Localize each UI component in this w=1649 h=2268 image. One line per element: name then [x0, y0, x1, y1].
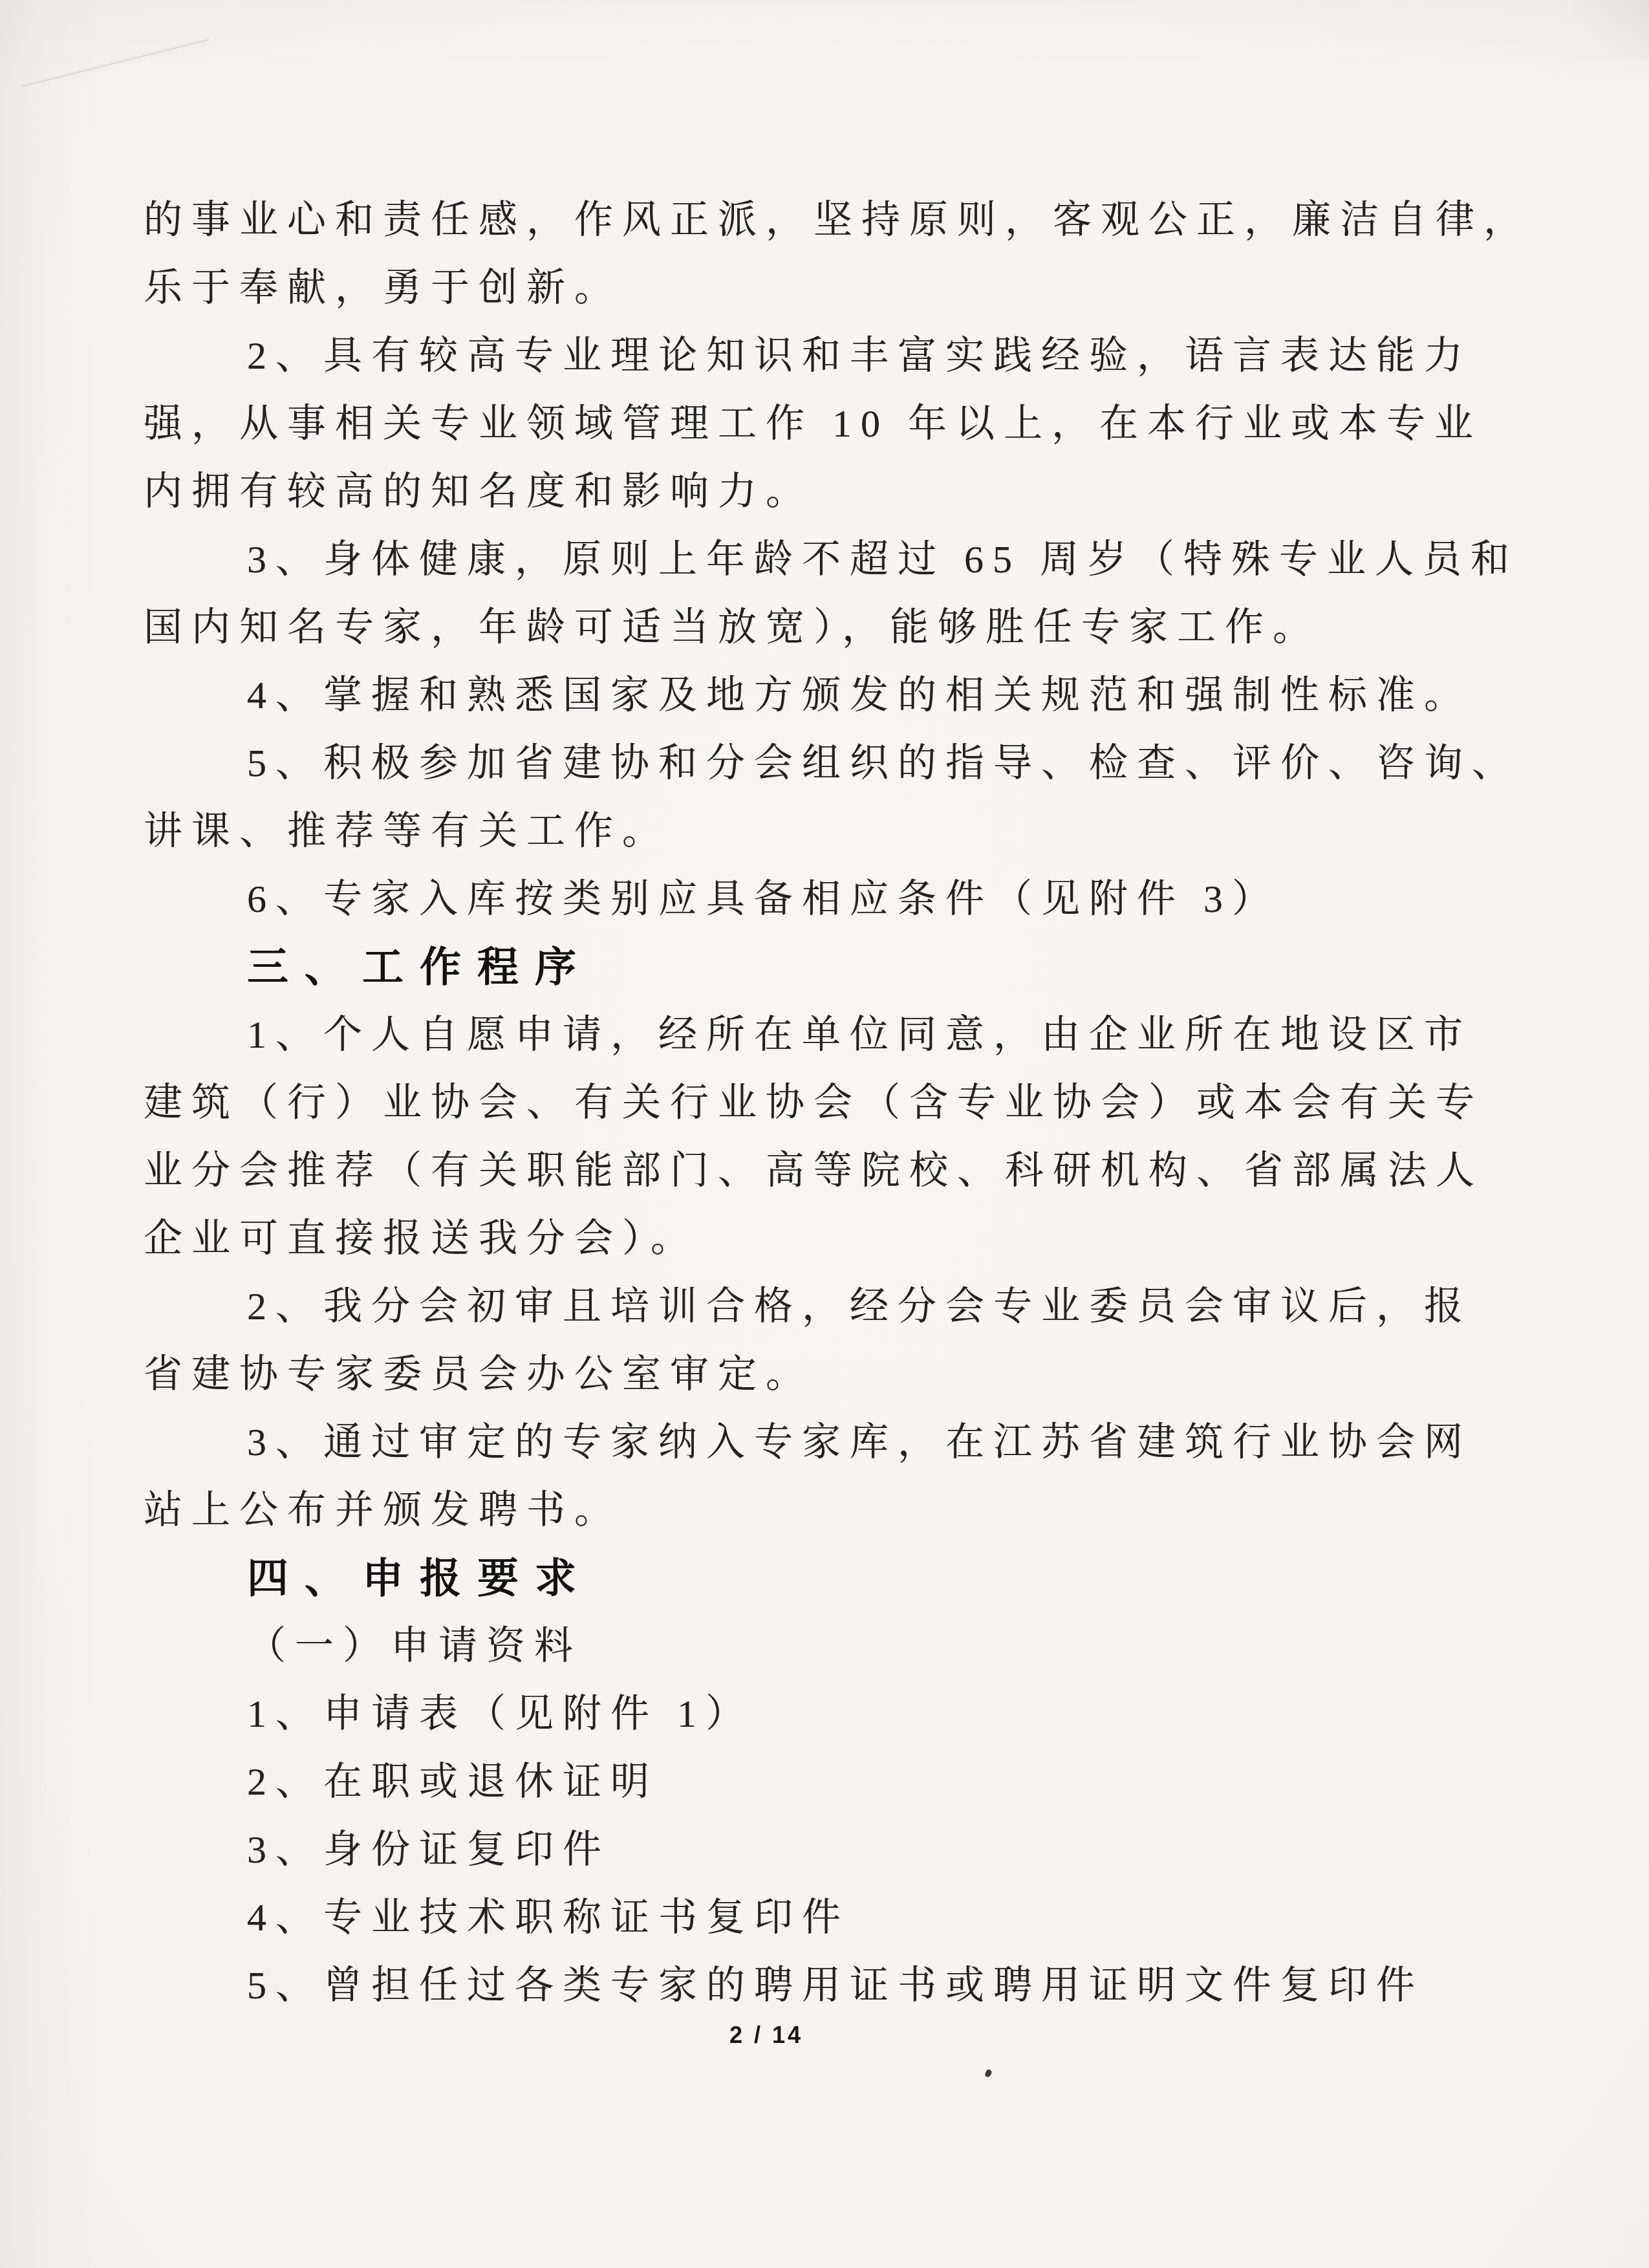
scan-scratch-artifact	[21, 39, 210, 87]
text-line: 省建协专家委员会办公室审定。	[144, 1341, 1514, 1409]
text-line: 5、曾担任过各类专家的聘用证书或聘用证明文件复印件	[144, 1952, 1514, 2020]
text-line: 3、通过审定的专家纳入专家库，在江苏省建筑行业协会网	[144, 1409, 1514, 1476]
text-line: 1、申请表（见附件 1）	[144, 1680, 1514, 1748]
page-number: 2 / 14	[0, 2019, 1533, 2051]
text-line: 4、掌握和熟悉国家及地方颁发的相关规范和强制性标准。	[144, 662, 1514, 729]
text-line: 业分会推荐（有关职能部门、高等院校、科研机构、省部属法人	[144, 1137, 1514, 1205]
text-line: 内拥有较高的知名度和影响力。	[144, 458, 1514, 526]
text-line: 5、积极参加省建协和分会组织的指导、检查、评价、咨询、	[144, 729, 1514, 797]
document-page: 的事业心和责任感，作风正派，坚持原则，客观公正，廉洁自律， 乐于奉献，勇于创新。…	[0, 0, 1649, 2268]
scan-speck-artifact	[984, 2069, 992, 2078]
section-heading: 三、工作程序	[144, 933, 1514, 1001]
text-line: 国内知名专家，年龄可适当放宽），能够胜任专家工作。	[144, 594, 1514, 662]
section-heading: 四、申报要求	[144, 1544, 1514, 1612]
text-line: 1、个人自愿申请，经所在单位同意，由企业所在地设区市	[144, 1001, 1514, 1069]
text-line: 2、在职或退休证明	[144, 1748, 1514, 1816]
document-body: 的事业心和责任感，作风正派，坚持原则，客观公正，廉洁自律， 乐于奉献，勇于创新。…	[144, 186, 1514, 2020]
text-line: 站上公布并颁发聘书。	[144, 1476, 1514, 1544]
text-line: 讲课、推荐等有关工作。	[144, 797, 1514, 865]
text-line: 的事业心和责任感，作风正派，坚持原则，客观公正，廉洁自律，	[144, 186, 1514, 254]
text-line: 2、我分会初审且培训合格，经分会专业委员会审议后，报	[144, 1273, 1514, 1341]
text-line: （一）申请资料	[144, 1612, 1514, 1680]
text-line: 4、专业技术职称证书复印件	[144, 1884, 1514, 1952]
text-line: 乐于奉献，勇于创新。	[144, 254, 1514, 322]
text-line: 6、专家入库按类别应具备相应条件（见附件 3）	[144, 865, 1514, 933]
text-line: 建筑（行）业协会、有关行业协会（含专业协会）或本会有关专	[144, 1069, 1514, 1137]
text-line: 3、身份证复印件	[144, 1816, 1514, 1884]
text-line: 强，从事相关专业领域管理工作 10 年以上，在本行业或本专业	[144, 390, 1514, 458]
text-line: 3、身体健康，原则上年龄不超过 65 周岁（特殊专业人员和	[144, 526, 1514, 594]
scan-corner-shade	[1571, 0, 1649, 58]
text-line: 企业可直接报送我分会）。	[144, 1205, 1514, 1273]
text-line: 2、具有较高专业理论知识和丰富实践经验，语言表达能力	[144, 322, 1514, 390]
